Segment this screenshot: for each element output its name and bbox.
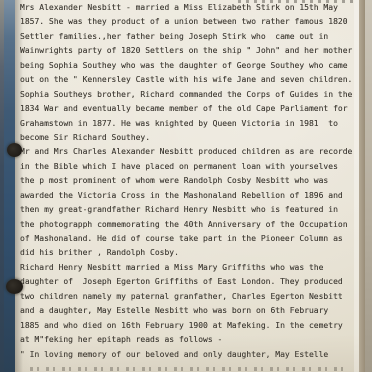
typed-line: 1834 War and eventually became member of… [20, 102, 360, 116]
typed-line: " In loving memory of our beloved and on… [20, 348, 360, 362]
typed-line: Sophia Southeys brother, Richard command… [20, 88, 360, 102]
typed-line: two children namely my paternal granfath… [20, 290, 360, 304]
typed-text-block: Mrs Alexander Nesbitt - married a Miss E… [20, 1, 360, 362]
typed-line: awarded the Victoria Cross in the Mashon… [20, 189, 360, 203]
punch-hole-bottom [6, 279, 23, 294]
typed-line: become Sir Richard Southey. [20, 131, 360, 145]
typed-line: Wainwrights party of 1820 Settlers on th… [20, 44, 360, 58]
page-edge-outer [365, 0, 372, 372]
book-binding-strip [4, 0, 15, 372]
typewritten-page-photo: Mrs Alexander Nesbitt - married a Miss E… [0, 0, 372, 372]
typed-line: being Sophia Southey who was the daughte… [20, 59, 360, 73]
typed-line: daughter of Joseph Egerton Griffiths of … [20, 275, 360, 289]
punch-hole-top [7, 143, 22, 157]
typed-line: Mrs Alexander Nesbitt - married a Miss E… [20, 1, 360, 15]
typed-line: Grahamstown in 1877. He was knighted by … [20, 117, 360, 131]
typed-line: Settler families.,her father being Josep… [20, 30, 360, 44]
typed-line: in the Bible which I have placed on perm… [20, 160, 360, 174]
typed-line: then my great-grandfather Richard Henry … [20, 203, 360, 217]
typed-line: Richard Henry Nesbitt married a Miss Mar… [20, 261, 360, 275]
typed-line: 1857. She was they product of a union be… [20, 15, 360, 29]
typed-line: and a daughter, May Estelle Nesbitt who … [20, 304, 360, 318]
typed-line: of Mashonaland. He did of course take pa… [20, 232, 360, 246]
gutter-shadow [15, 0, 23, 372]
typed-line: did his brither , Randolph Cosby. [20, 246, 360, 260]
typed-line: Mr and Mrs Charles Alexander Nesbitt pro… [20, 145, 360, 159]
typed-line: the p most prominent of whom were Randol… [20, 174, 360, 188]
typed-line: the photograpph commemorating the 40th A… [20, 218, 360, 232]
typed-line: 1885 and who died on 16th February 1900 … [20, 319, 360, 333]
typed-line: out on the " Kennersley Castle with his … [20, 73, 360, 87]
typed-line: at M"feking her epitaph reads as follows… [20, 333, 360, 347]
